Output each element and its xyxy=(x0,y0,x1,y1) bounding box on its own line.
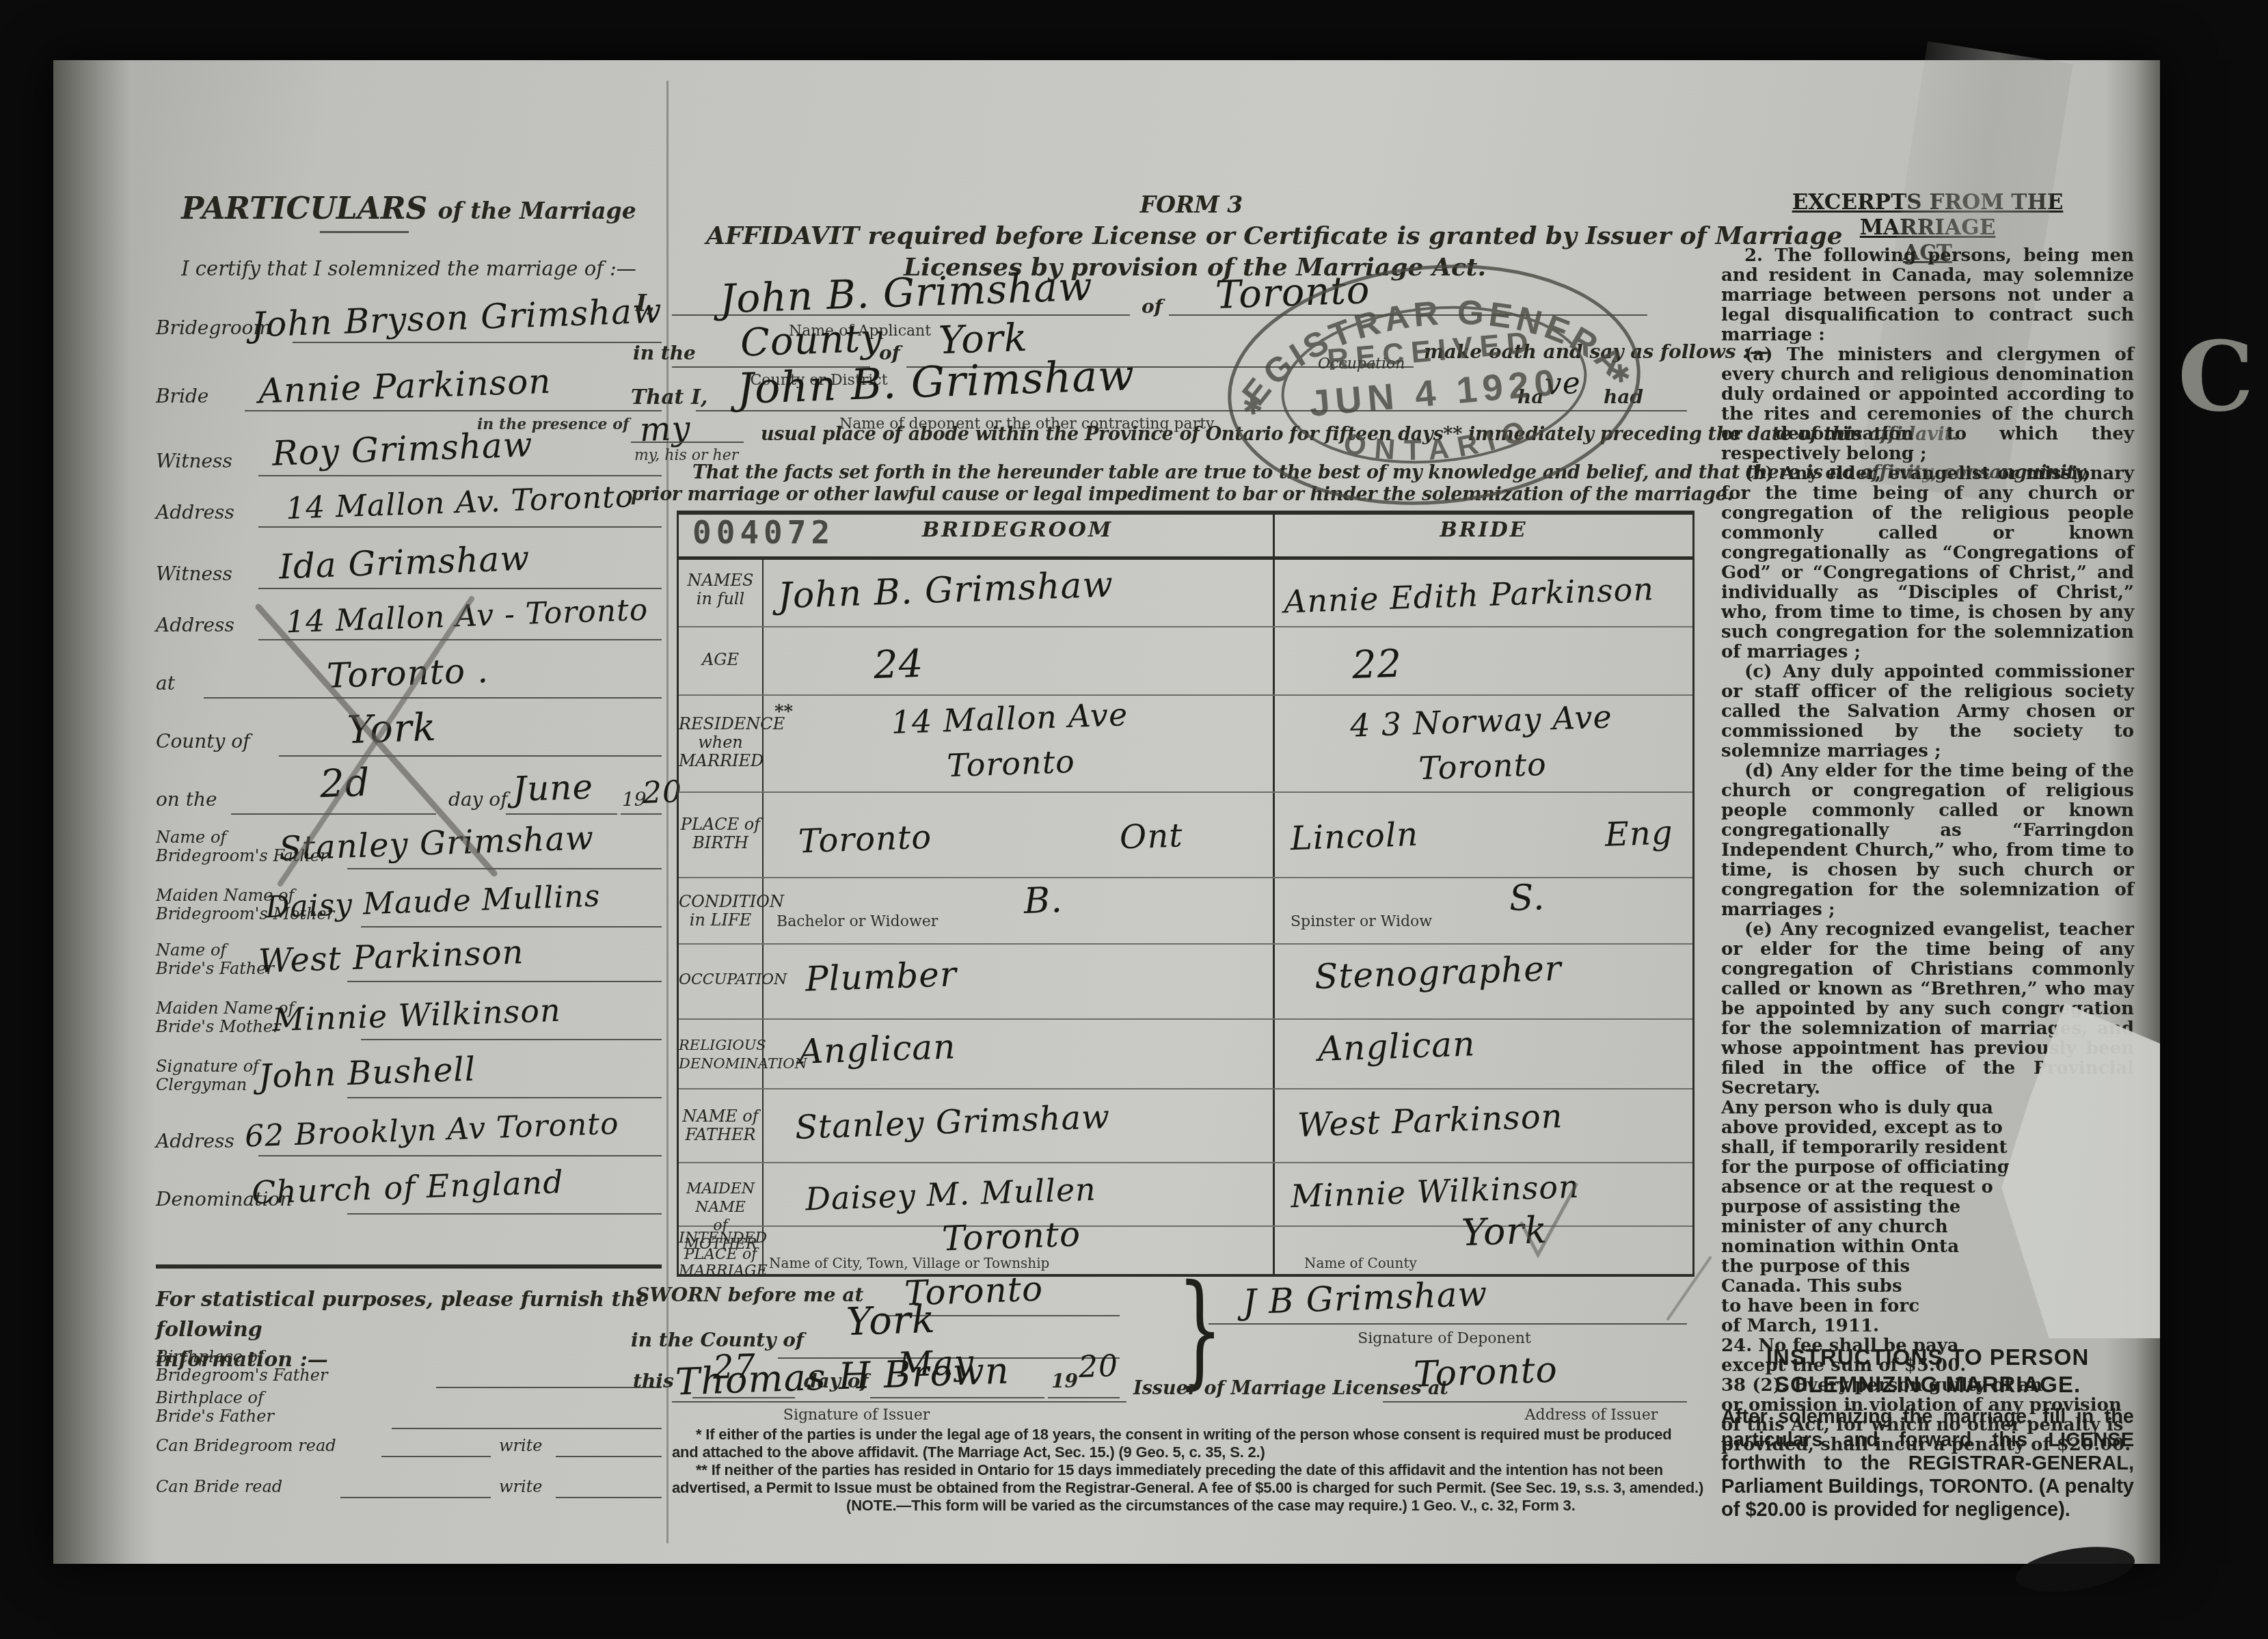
corner-ink-blob xyxy=(2012,1540,2137,1599)
pencil-x-stroke-2 xyxy=(280,599,472,884)
document-page: PARTICULARS of the Marriage I certify th… xyxy=(53,60,2160,1564)
margin-c-mark: C xyxy=(2178,321,2254,433)
pencil-checkmark xyxy=(1522,1184,1576,1255)
scanned-marriage-affidavit: PARTICULARS of the Marriage I certify th… xyxy=(0,0,2268,1639)
pencil-marks-overlay xyxy=(53,60,2160,1564)
pencil-stray-stroke xyxy=(1668,1258,1710,1319)
